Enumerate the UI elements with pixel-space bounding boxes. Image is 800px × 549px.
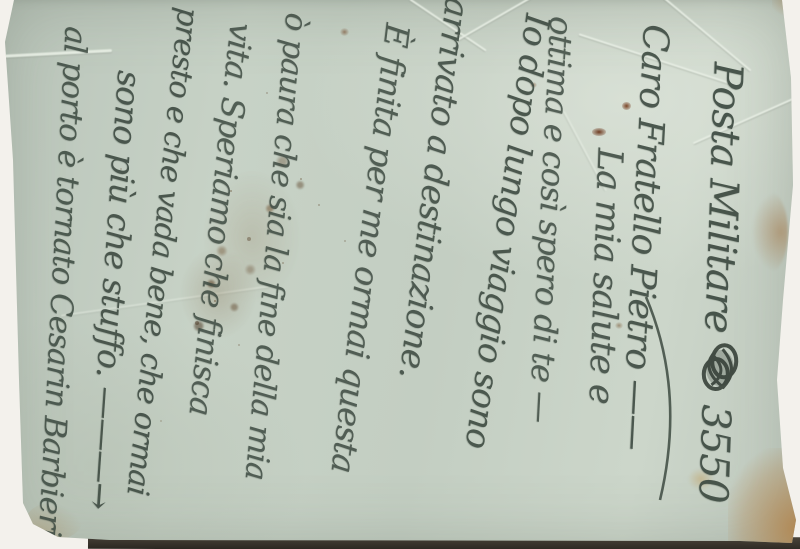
postcard: Posta Militare3550 Caro Fratello Pietro … <box>0 0 800 549</box>
handwriting-block: Posta Militare3550 Caro Fratello Pietro … <box>0 0 800 545</box>
ink-blot-scribble <box>685 340 743 398</box>
handwriting-line: È finita per me ormai questa <box>324 21 418 475</box>
posta-militare-text: Posta Militare <box>695 61 750 333</box>
postcard-scan: Posta Militare3550 Caro Fratello Pietro … <box>0 0 800 549</box>
unit-number: 3550 <box>689 404 738 503</box>
handwriting-line-header: Posta Militare3550 <box>681 61 752 503</box>
age-speckles <box>0 0 2 2</box>
